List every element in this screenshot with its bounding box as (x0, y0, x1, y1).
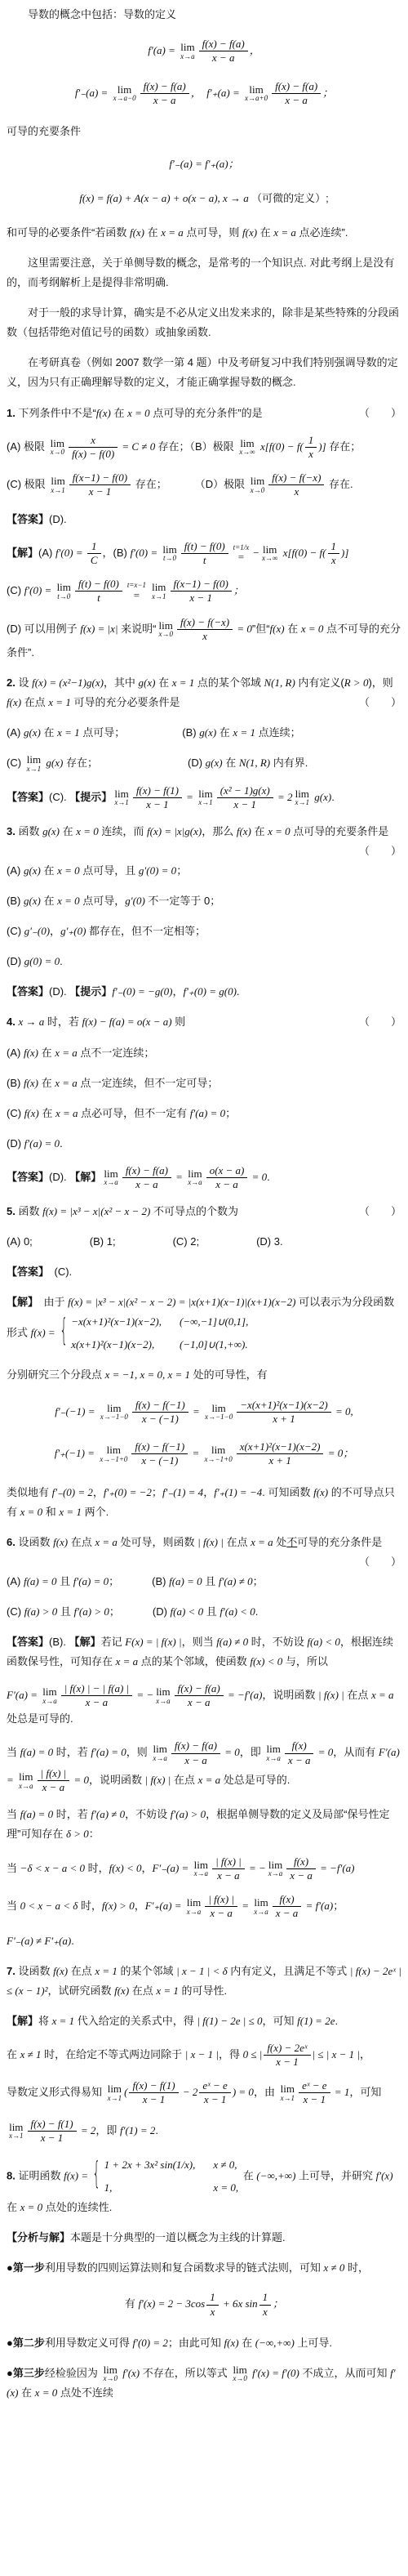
limit-subscript: x→a (194, 1870, 209, 1878)
limit-word: lim (113, 84, 136, 96)
text-run: )，则 (368, 676, 392, 689)
math-run: f′₋(1) = 4 (162, 1486, 203, 1498)
numerator: f(x) − f(−x) (268, 471, 324, 485)
text-run: ，则当 (182, 1636, 217, 1648)
limit-word: lim (239, 438, 255, 449)
numerator: f(x) − f(−x) (177, 616, 233, 630)
limit-word: lim (205, 1444, 233, 1456)
math-run: f′(a) = 0 (190, 1107, 225, 1119)
text-run: ；由此可知 (168, 2337, 224, 2349)
text-run: ； (152, 1486, 162, 1498)
math-run: g(x) (199, 726, 216, 739)
paragraph: (C) f(x) 在 x = a 点必可导，但不一定有 f′(a) = 0； (7, 1104, 401, 1123)
numerator: 1 (305, 434, 317, 448)
math-run: x = a (95, 1536, 118, 1548)
math-run: ) = 0 (233, 2086, 254, 2098)
math-run: g′₊(0) (60, 925, 86, 937)
text-run: ， (203, 1486, 214, 1498)
denominator: x − 1 (171, 592, 232, 605)
paragraph: 【答案】(D). 【解】limx→af(x) − f(a)x − a = lim… (7, 1164, 401, 1192)
paragraph: 5. 函数 f(x) = |x³ − x|(x² − x − 2) 不可导点的个… (7, 1202, 401, 1221)
math-run: = − (246, 1862, 266, 1874)
text-run: (A) (7, 864, 24, 877)
math-run: f(x) (114, 1984, 129, 1997)
text-run: 在 (18, 2386, 34, 2399)
math-run: ( (124, 2086, 127, 2098)
limit-subscript: x→a (104, 1179, 118, 1187)
math-run: f′(a) > 0 (171, 1808, 206, 1820)
limit-subscript: x→−1+0 (205, 1456, 233, 1464)
math-run: x = 0 (301, 623, 324, 635)
text-run: 若记 (101, 1636, 126, 1648)
paragraph: 【答案】 (C). (7, 1262, 401, 1282)
limit: limx→1 (114, 788, 129, 808)
numerator: | f(x) | − | f(a) | (61, 1682, 132, 1696)
denominator: x − a (199, 51, 248, 65)
limit-word: lim (100, 1444, 127, 1456)
text-run: (A) (38, 547, 55, 559)
spacer (199, 1244, 256, 1245)
equals-sign: = (127, 590, 146, 601)
limit: limx→a (254, 1897, 268, 1917)
bold-label: 5. (7, 1205, 16, 1217)
fraction: (x² − 1)g(x)x − 1 (217, 784, 273, 812)
text-run: （D）极限 (195, 478, 248, 490)
fraction: 1C (87, 540, 101, 568)
paragraph: 7. 设函数 f(x) 在点 x = 1 的某个邻域 | x − 1 | < δ… (7, 1962, 401, 2001)
text-run: ，从而有 (333, 1747, 379, 1759)
math-run: + 6x sin (220, 2298, 258, 2310)
math-run: x = 1 (95, 1965, 118, 1977)
math-run: ； (273, 2298, 283, 2310)
math-run: x = a (55, 1077, 78, 1089)
text-run: 都存在，但不一定相等； (86, 925, 206, 937)
text-run: 点可导； (80, 726, 126, 739)
limit: limx→a (187, 1897, 202, 1917)
math-run: f(x) > 0 (102, 1900, 135, 1912)
numerator: x (69, 434, 118, 448)
math-run: ； (233, 584, 244, 596)
paragraph: 3. 函数 g(x) 在 x = 0 连续，而 f(x) = |x|g(x)，那… (7, 822, 401, 842)
text-run: 点必可导，但不一定有 (78, 1107, 190, 1119)
paragraph: 导数的概念中包括：导数的定义 (7, 5, 401, 25)
text-run: 点可导，且 (80, 864, 139, 877)
limit-subscript: x→a (266, 1755, 281, 1763)
fraction: f(x) − f(−1)x − (−1) (132, 1399, 188, 1426)
paragraph: (D) 可以用例子 f(x) = |x| 来说明“limx→0f(x) − f(… (7, 616, 401, 663)
numerator: eˣ − e (199, 2079, 230, 2093)
limit: limx→1 (281, 2083, 295, 2103)
numerator: f(x) − f(−1) (131, 1440, 188, 1454)
text-run: ，说明函数 (262, 1689, 318, 1701)
paragraph: 当 f(a) = 0 时，若 f′(a) ≠ 0，不妨设 f′(a) > 0，根… (7, 1805, 401, 1844)
math-run: x = 1 (48, 696, 71, 708)
math-run: f′(x) (120, 2367, 140, 2379)
denominator: x − 1 (69, 485, 131, 498)
denominator: x − a (38, 1781, 70, 1794)
text-run: 点可导，则 (184, 226, 242, 239)
math-run: F′(a) = (7, 1689, 40, 1701)
text-run: . (267, 1171, 270, 1183)
document-page: 导数的概念中包括：导数的定义f′(a) = limx→af(x) − f(a)x… (0, 0, 408, 2425)
paragraph: (C) 极限 limx→1f(x−1) − f(0)x − 1 存在；（D）极限… (7, 471, 401, 499)
text-run: 处总是可导的. (220, 1774, 290, 1786)
math-run: ， (250, 44, 260, 56)
fraction: 1x (328, 540, 340, 568)
limit-subscript: t→0 (162, 555, 176, 563)
text-run: 在 (257, 226, 273, 239)
spacer (119, 1584, 152, 1585)
text-run: 在 (251, 825, 268, 837)
limit: limx→a (19, 1771, 33, 1791)
text-run: ”但“ (252, 623, 270, 635)
math-run: f′₊(0) = g(0) (184, 985, 237, 998)
paragraph: (A) f(x) 在 x = a 点不一定连续； (7, 1043, 401, 1063)
math-run: f′₊(0) = −2 (104, 1486, 152, 1498)
math-run: f′(a) ≠ 0 (91, 1808, 125, 1820)
text-run: ， (173, 985, 184, 998)
numerator: f(x) − f(a) (122, 1164, 171, 1178)
limit: limx→1 (295, 788, 310, 808)
case-expression: x(x+1)²(x−1)(x−2), (71, 1335, 162, 1355)
math-run: x ≠ 1 (20, 2048, 42, 2060)
text-run: . (335, 2015, 338, 2027)
text-run: (D) 可以用例子 (7, 623, 80, 635)
text-run: 时，若 (53, 1747, 91, 1759)
numerator: f(x) − f(1) (28, 2118, 77, 2132)
paragraph: 当 0 < x − a < δ 时，f(x) > 0，F′₊(a) = limx… (7, 1893, 401, 1921)
math-run: | f(x) | (318, 1689, 344, 1701)
text-run: (D). (49, 985, 69, 998)
math-run: )] (318, 440, 326, 453)
limit-subscript: x→a+0 (245, 95, 268, 103)
math-run: f(a) > 0 (24, 1605, 58, 1618)
math-run: f(a) = 0 (20, 1808, 54, 1820)
math-run: f(1) = 2e (297, 2015, 335, 2027)
text-run: 在点 (224, 1536, 251, 1548)
paragraph: 2. 设 f(x) = (x²−1)g(x)，其中 g(x) 在 x = 1 点… (7, 673, 401, 712)
text-run: ，试研究函数 (47, 1984, 114, 1997)
math-run: −δ < x − a < 0 (20, 1862, 85, 1874)
case-rows: −x(x+1)²(x−1)(x−2),(−∞,−1]∪(0,1],x(x+1)²… (71, 1312, 248, 1355)
limit-word: lim (158, 620, 173, 632)
text-run: . 可知函数 (262, 1486, 313, 1498)
text-run: 在 (285, 623, 301, 635)
text-run: 将 (38, 2015, 52, 2027)
limit-subscript: x→1 (114, 799, 129, 807)
text-run: 在 (155, 676, 171, 689)
limit-word: lim (198, 788, 213, 800)
text-run: 当 (7, 1900, 20, 1912)
text-run: ， (141, 1862, 152, 1874)
denominator: x − 1 (199, 2093, 230, 2106)
denominator: x − a (175, 1696, 224, 1709)
text-run: (C) 2; (173, 1235, 200, 1248)
limit: limx→a (156, 1686, 171, 1706)
numerator: o(x − a) (206, 1164, 248, 1178)
paragraph: (A) g(x) 在 x = 0 点可导，且 g′(0) = 0； (7, 861, 401, 881)
denominator: x − a (285, 1754, 314, 1767)
text-run: 上可导. (295, 2337, 332, 2349)
math-run: = 2 (78, 2124, 96, 2136)
text-run: 与，所以 (282, 1655, 328, 1667)
paragraph: (B) g(x) 在 x = 0 点可导，g′(0) 不一定等于 0； (7, 891, 401, 911)
paragraph: (C) f′(0) = limt→0f(t) − f(0)tt=x−1=limx… (7, 578, 401, 605)
text-run: ； (253, 1575, 264, 1587)
numerator: f(x) − f(−1) (132, 1399, 188, 1413)
bold-label: ●第一步 (7, 2261, 45, 2274)
numerator: | f(x) | (205, 1893, 237, 1907)
fraction: eˣ − ex − 1 (199, 2079, 230, 2107)
bold-label: 【解】 (69, 1636, 101, 1648)
math-run: f′(a) = 0 (73, 1575, 109, 1587)
fraction: f(x)x − a (273, 1893, 302, 1921)
bold-label: 【答案】 (7, 1171, 49, 1183)
text-run: 在 (216, 726, 233, 739)
text-run: 经检验因为 (45, 2367, 101, 2379)
fraction: | f(x) | − | f(a) |x − a (61, 1682, 132, 1710)
text-run: 处的可导性，有 (190, 1368, 268, 1381)
math-run: f(x) (53, 1965, 68, 1977)
limit: limx→∞ (239, 438, 255, 458)
text-run: 在 (38, 1047, 55, 1059)
math-run: x = 0 (57, 864, 80, 877)
text-run: 点可导的充要条件是 (290, 825, 389, 837)
text-run: 在点 (68, 1536, 95, 1548)
paragraph: (C) f(a) > 0 且 f′(a) > 0；(D) f(a) < 0 且 … (7, 1602, 401, 1622)
text-run: 分别研究三个分段点 (7, 1368, 105, 1381)
denominator: x − 1 (129, 2093, 178, 2106)
text-run: . (60, 955, 63, 967)
paragraph: 这里需要注意，关于单侧导数的概念，是常考的一个知识点. 对此考纲上是没有的，而考… (7, 253, 401, 292)
text-run: 设函数 (16, 1536, 53, 1548)
limit-word: lim (51, 438, 65, 449)
text-run: 可导的充要条件 (7, 125, 81, 137)
text-run: (D) 3. (256, 1235, 283, 1248)
denominator: x − a (273, 1907, 302, 1920)
math-run: = (173, 1171, 185, 1183)
text-run: 利用导数的四则运算法则和复合函数求导的链式法则，可知 (45, 2261, 324, 2274)
paragraph: (C) g′₋(0)，g′₊(0) 都存在，但不一定相等； (7, 922, 401, 941)
limit: limx→1 (152, 582, 166, 601)
math-run: f(a) = 0 (20, 1747, 54, 1759)
math-run: | f(1) − 2e | ≤ 0 (197, 2015, 262, 2027)
limit: limx→−1+0 (205, 1444, 233, 1464)
math-run: f(x) = |x³ − x|(x² − x − 2) = |x(x+1)(x−… (68, 1296, 295, 1308)
denominator: x − a (122, 1178, 171, 1191)
denominator: x − 1 (299, 2093, 330, 2106)
fraction: f(t) − f(0)t (75, 578, 122, 605)
text-run: (C) (7, 1107, 24, 1119)
numerator: f(x) − f(1) (133, 784, 182, 798)
fraction: | f(x) |x − a (212, 1855, 245, 1883)
math-run: g(x) (43, 757, 63, 769)
fraction: eˣ − ex − 1 (299, 2079, 330, 2107)
text-run: (A) (7, 1047, 24, 1059)
labeled-equals: t=1/x= (233, 544, 250, 564)
text-run: 在 (144, 226, 161, 239)
paragraph: 【解】 由于 f(x) = |x³ − x|(x² − x − 2) = |x(… (7, 1292, 401, 1355)
left-brace-icon: { (93, 2148, 101, 2205)
limit: limx→1 (198, 788, 213, 808)
paragraph: 当 f(a) = 0 时，若 f′(a) = 0，则 limx→af(x) − … (7, 1739, 401, 1794)
limit-word: lim (152, 582, 166, 593)
limit-word: lim (262, 544, 277, 556)
bold-label: 6. (7, 1536, 16, 1548)
text-run: (C) (7, 584, 24, 596)
math-run: f′₊(a) = (206, 87, 242, 99)
text-run: 点必连续”. (296, 226, 348, 239)
text-run: (B) (182, 726, 199, 739)
math-run: g′₋(0) (24, 925, 50, 937)
limit-word: lim (57, 582, 71, 593)
math-run: = 0 (315, 1747, 333, 1759)
math-run: f(x) − f(a) = o(x − a) (82, 1016, 171, 1028)
bold-label: 【提示】 (69, 791, 112, 803)
bold-label: 【解】 (69, 1171, 101, 1183)
math-run: f(x) = |x| (80, 623, 118, 635)
text-run: 处可导，则函数 (118, 1536, 197, 1548)
limit-subscript: x→0 (233, 2375, 247, 2383)
limit: limx→0 (158, 620, 173, 640)
numerator: f(x−1) − f(0) (171, 578, 232, 592)
limit: limx→a (194, 1859, 209, 1879)
left-brace-icon: { (60, 1306, 68, 1363)
math-run: = − (134, 1689, 153, 1701)
numerator: f(x) (286, 1855, 316, 1869)
fraction: 1x (305, 434, 317, 462)
math-run: f′(a) = 0 (24, 1137, 60, 1150)
paragraph: 当 −δ < x − a < 0 时，f(x) < 0，F′₋(a) = lim… (7, 1855, 401, 1883)
limit: limx→a (180, 42, 195, 61)
math-run: x = a (161, 226, 184, 239)
text-run: ， (360, 2048, 370, 2060)
text-run: (B) (7, 895, 24, 907)
text-run: 时，若 (44, 1016, 82, 1028)
denominator: x − 1 (28, 2132, 77, 2145)
math-run: f(x) (7, 696, 21, 708)
limit-word: lim (188, 1168, 202, 1180)
numerator: f(x) − f(a) (175, 1682, 224, 1696)
math-run: g(x) (24, 864, 41, 877)
fraction: f(x) − f(a)x − a (140, 80, 189, 108)
math-run: f′(a) < 0 (220, 1605, 255, 1618)
fraction: | f(x) |x − a (38, 1767, 70, 1795)
limit: limx→a (42, 1686, 57, 1706)
text-run: (D) (7, 1137, 24, 1150)
limit-subscript: x→1 (27, 766, 42, 774)
numerator: f(x−1) − f(0) (69, 471, 131, 485)
text-run: 点不一定连续； (78, 1047, 155, 1059)
paragraph: 1. 下列条件中不是“f(x) 在 x = 0 点可导的充分条件”的是（ ） (7, 404, 401, 423)
limit-word: lim (180, 42, 195, 53)
paragraph: 【答案】(B). 【解】若记 F(x) = | f(x) |，则当 f(a) ≠… (7, 1632, 401, 1672)
math-run: x = 0 (20, 1506, 43, 1518)
math-run: g(x) (24, 726, 41, 739)
text-run: 不可导点的个数为 (150, 1205, 238, 1217)
paragraph: F′(a) = limx→a| f(x) | − | f(a) |x − a =… (7, 1682, 401, 1730)
denominator: x − 1 (217, 798, 273, 811)
math-run: f′(0) = (130, 547, 160, 559)
text-run: 在 (111, 407, 127, 419)
case-condition: (−1,0]∪(1,+∞). (180, 1335, 248, 1355)
math-run: f(x) (24, 1107, 39, 1119)
text-run: 内有定义( (295, 676, 344, 689)
denominator: x − a (171, 1754, 220, 1767)
text-run: ； (109, 1605, 120, 1618)
math-run: g′(0) (125, 895, 145, 907)
math-run: f(x) = |x|g(x) (147, 825, 202, 837)
case-rows: 1 + 2x + 3x² sin(1/x),x ≠ 0,1,x = 0, (104, 2155, 239, 2198)
text-run: (A) 0; (7, 1235, 33, 1248)
text-run: 存在； (63, 757, 98, 769)
text-run: (A) (7, 726, 24, 739)
text-run: ，不妨设 (125, 1808, 171, 1820)
text-run: 内有定义，且满足不等式 (228, 1965, 350, 1977)
paragraph: 【解】将 x = 1 代入给定的关系式中，得 | f(1) − 2e | ≤ 0… (7, 2011, 401, 2031)
math-run: (−∞,+∞) (256, 2170, 295, 2182)
text-run: 当 (7, 1747, 20, 1759)
limit-subscript: x→1 (9, 2132, 24, 2141)
denominator: x − a (272, 94, 321, 107)
denominator: x − a (286, 1869, 316, 1882)
numerator: f(x) − 2eˣ (264, 2042, 310, 2056)
bold-label: 【解】 (7, 547, 38, 559)
bold-label: ●第二步 (7, 2337, 45, 2349)
text-run: 证明函数 (16, 2170, 64, 2182)
text-run: 点的某个邻域，使函数 (138, 1655, 250, 1667)
math-run: N(1, R) (264, 676, 295, 689)
limit-subscript: x→a (268, 1870, 283, 1878)
paragraph: 【答案】(D). (7, 510, 401, 529)
text-run: 时， (78, 1900, 102, 1912)
math-run: | f(x) | (145, 1774, 171, 1786)
paragraph: 【解】(A) f′(0) = 1C，(B) f′(0) = limt→0f(t)… (7, 540, 401, 568)
text-run: 点连续； (255, 726, 301, 739)
math-run: = 0 (222, 1747, 240, 1759)
text-run: 不成立，从而可知 (299, 2367, 390, 2379)
math-run: = C ≠ 0 (119, 440, 157, 453)
case-expression: 1 + 2x + 3x² sin(1/x), (104, 2155, 196, 2175)
math-run: f(x) (53, 1536, 68, 1548)
limit-word: lim (42, 1686, 57, 1698)
limit-subscript: x→1 (108, 2095, 122, 2103)
text-run: 在点 (21, 696, 48, 708)
math-run: = 2 (275, 791, 293, 803)
math-run: f′₋(a) = f′₊(a)； (169, 158, 238, 170)
limit-subscript: x→1 (51, 487, 65, 495)
case-condition: x ≠ 0, (213, 2155, 238, 2175)
text-run: ， (93, 1486, 104, 1498)
numerator: f(x) − f(a) (171, 1739, 220, 1753)
math-run: f(x) (96, 407, 111, 419)
limit-word: lim (9, 2122, 24, 2133)
paragraph: 8. 证明函数 f(x) = {1 + 2x + 3x² sin(1/x),x … (7, 2155, 401, 2217)
paragraph: 和可导的必要条件“若函数 f(x) 在 x = a 点可导，则 f(x) 在 x… (7, 223, 401, 243)
bold-label: 【解】 (7, 2015, 38, 2027)
numerator: (x² − 1)g(x) (217, 784, 273, 798)
text-run: ； (225, 1107, 236, 1119)
text-run: (C). (44, 1266, 73, 1278)
math-run: f′(a) = (148, 44, 178, 56)
fraction: | f(x) |x − a (205, 1893, 237, 1921)
numerator: f(t) − f(0) (181, 540, 228, 554)
fraction: f(x) − f(1)x − 1 (133, 784, 182, 812)
text-run: . (71, 1935, 74, 1947)
answer-blank: （ ） (359, 842, 401, 861)
math-run: f′(1) = 2 (120, 2124, 155, 2136)
formula-line: f′₋(a) = limx→a−0f(x) − f(a)x − a， f′₊(a… (7, 80, 401, 108)
